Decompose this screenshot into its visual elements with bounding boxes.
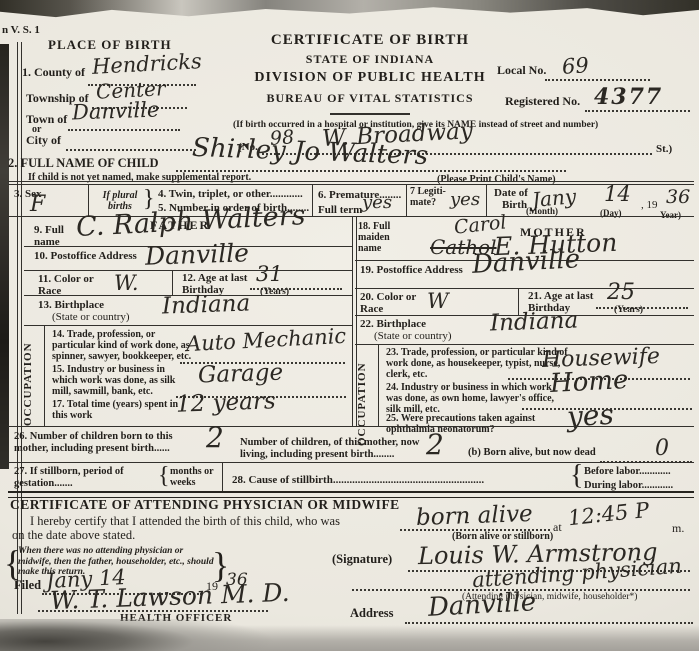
mother-birthplace-value: Indiana — [490, 309, 579, 335]
father-birthplace-value: Indiana — [162, 292, 251, 318]
cell-divider — [222, 462, 223, 491]
row-divider — [355, 288, 694, 289]
row-divider — [8, 426, 694, 427]
mother-maiden-label: 18. Full maiden name — [358, 221, 410, 255]
mother-birthplace-sub: (State or country) — [374, 330, 452, 342]
mother-birthplace-label: 22. Birthplace — [360, 318, 426, 330]
bureau-line: BUREAU OF VITAL STATISTICS — [220, 92, 520, 105]
father-trade-label: 14. Trade, profession, or particular kin… — [52, 329, 192, 363]
year-prefix: , 19 — [641, 199, 658, 211]
father-time-value: 12 years — [176, 390, 276, 416]
torn-paper-edge — [0, 0, 699, 18]
town-line — [68, 129, 180, 131]
months-weeks-label: months or weeks — [170, 466, 220, 488]
form-number: n V. S. 1 — [2, 24, 40, 36]
health-officer-signature: W. T. Lawson M. D. — [50, 580, 290, 613]
child-name-label: 2. FULL NAME OF CHILD — [8, 156, 159, 170]
children-born-label: 26. Number of children born to this moth… — [14, 431, 206, 455]
mother-precautions-label: 25. Were precautions taken against ophth… — [386, 413, 570, 435]
certify-text-line1: I hereby certify that I attended the bir… — [30, 514, 340, 528]
father-birthplace-sub: (State or country) — [52, 311, 130, 323]
cell-divider — [406, 184, 407, 216]
father-color-label: 11. Color or Race — [38, 273, 100, 298]
birth-time-value: 12:45 P — [567, 500, 650, 529]
row-divider — [8, 462, 694, 463]
section-divider — [8, 181, 694, 185]
father-birthplace-label: 13. Birthplace — [38, 299, 104, 311]
city-label: City of — [26, 134, 61, 147]
scan-smudge — [0, 619, 380, 651]
registered-no-line — [585, 110, 690, 112]
father-industry-label: 15. Industry or business in which work w… — [52, 364, 192, 398]
children-living-value: 2 — [426, 431, 444, 459]
father-age-value: 31 — [256, 264, 283, 285]
physician-certificate-title: CERTIFICATE OF ATTENDING PHYSICIAN OR MI… — [10, 497, 400, 512]
father-years-caption: (Years) — [260, 287, 289, 298]
city-line — [66, 149, 196, 151]
state-line: STATE OF INDIANA — [220, 53, 520, 66]
cell-divider — [486, 184, 487, 216]
registered-no-label: Registered No. — [505, 95, 580, 108]
meridiem-label: m. — [672, 522, 684, 535]
full-term-label: Full term — [318, 204, 362, 216]
children-born-value: 2 — [206, 424, 224, 452]
mother-po-value: Danville — [471, 246, 580, 278]
father-name-label: 9. Full name — [34, 224, 76, 249]
local-no-line — [545, 79, 650, 81]
birth-label: Birth — [502, 199, 527, 211]
certify-text-line2: on the date above stated. — [12, 528, 135, 542]
street-suffix-label: St.) — [656, 143, 672, 155]
month-caption: (Month) — [526, 206, 558, 216]
stillborn-label: 27. If stillborn, period of gestation...… — [14, 466, 160, 490]
cell-divider — [44, 325, 45, 426]
cell-divider — [172, 270, 173, 295]
dob-day-value: 14 — [604, 184, 631, 205]
labor-brace: { — [570, 460, 583, 492]
cell-divider — [312, 184, 313, 216]
filed-label: Filed — [14, 578, 41, 592]
during-labor-label: During labor............ — [584, 480, 673, 492]
binding-strip — [0, 44, 9, 469]
sex-value: F — [30, 194, 45, 216]
certificate-sheet: n V. S. 1 PLACE OF BIRTH CERTIFICATE OF … — [0, 0, 699, 651]
place-of-birth-heading: PLACE OF BIRTH — [48, 38, 172, 53]
at-label: at — [553, 521, 562, 534]
mother-industry-label: 24. Industry or business in which work w… — [386, 382, 564, 416]
address-label: Address — [350, 606, 394, 620]
father-po-value: Danville — [145, 240, 250, 269]
mother-po-label: 19. Postoffice Address — [360, 264, 463, 276]
mother-color-value: W — [427, 291, 449, 312]
full-term-value: yes — [362, 194, 392, 212]
before-labor-label: Before labor............ — [584, 466, 671, 478]
local-no-value: 69 — [561, 55, 589, 78]
mother-age-value: 25 — [607, 282, 635, 304]
legitimate-value: yes — [450, 191, 480, 209]
address-value: Danville — [427, 589, 536, 621]
date-of-label: Date of — [494, 187, 528, 199]
cause-of-stillbirth-label: 28. Cause of stillbirth.................… — [232, 474, 484, 486]
signature-label: (Signature) — [332, 552, 392, 566]
father-industry-value: Garage — [198, 362, 284, 388]
mother-color-label: 20. Color or Race — [360, 291, 422, 316]
mother-industry-value: Home — [549, 367, 629, 397]
child-name-value: Shirley Jo Walters — [192, 135, 429, 169]
born-status-value: born alive — [416, 503, 533, 530]
header-rule — [330, 113, 410, 115]
mother-occupation-heading: OCCUPATION — [356, 354, 368, 446]
county-label: 1. County of — [22, 66, 85, 79]
certificate-title: CERTIFICATE OF BIRTH — [220, 32, 520, 49]
address-line — [405, 622, 693, 624]
division-line: DIVISION OF PUBLIC HEALTH — [220, 70, 520, 86]
father-trade-value: Auto Mechanic — [186, 326, 347, 355]
row-divider — [24, 270, 352, 271]
father-occupation-heading: OCCUPATION — [22, 334, 34, 426]
gestation-brace: { — [158, 463, 170, 490]
local-no-label: Local No. — [497, 64, 546, 77]
children-dead-label: (b) Born alive, but now dead — [468, 447, 596, 459]
registered-no-value: 4377 — [594, 86, 663, 108]
town-value: Danville — [72, 99, 160, 123]
father-po-label: 10. Postoffice Address — [34, 250, 137, 262]
children-dead-value: 0 — [655, 438, 669, 460]
father-time-label: 17. Total time (years) spent in this wor… — [52, 399, 184, 421]
father-color-value: W. — [114, 273, 139, 294]
county-value: Hendricks — [92, 51, 203, 78]
children-living-label: Number of children, of this mother, now … — [240, 437, 435, 461]
twin-label: 4. Twin, triplet, or other............ — [158, 188, 303, 200]
dob-year-value: 36 — [666, 188, 690, 207]
cell-divider — [378, 344, 379, 426]
legitimate-label: 7 Legiti-mate? — [410, 186, 452, 208]
